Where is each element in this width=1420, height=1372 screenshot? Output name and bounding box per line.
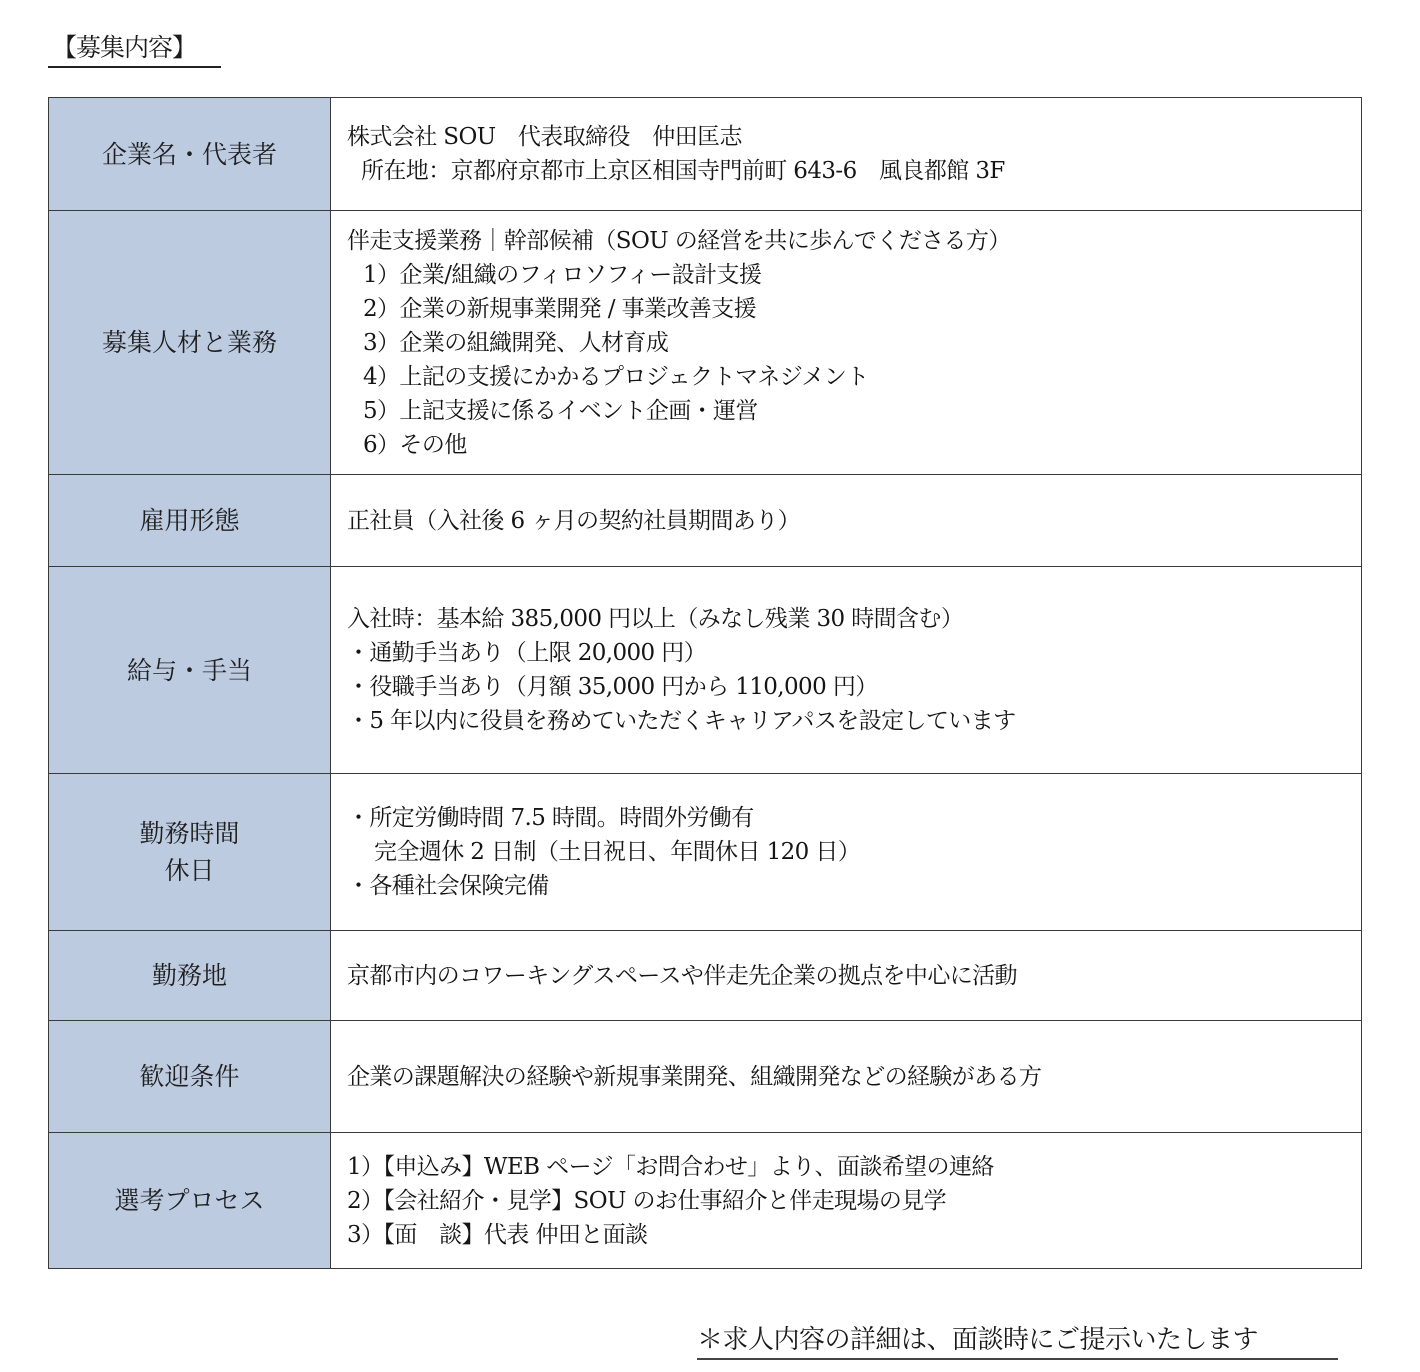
company-address-line: 所在地：京都府京都市上京区相国寺門前町 643-6 風良都館 3F bbox=[347, 154, 1361, 188]
row-location: 勤務地 京都市内のコワーキングスペースや伴走先企業の拠点を中心に活動 bbox=[49, 931, 1362, 1021]
row-employment-type: 雇用形態 正社員（入社後 6 ヶ月の契約社員期間あり） bbox=[49, 475, 1362, 567]
row-content-location: 京都市内のコワーキングスペースや伴走先企業の拠点を中心に活動 bbox=[331, 931, 1362, 1021]
label-line: 休日 bbox=[49, 852, 330, 889]
duty-item: 4）上記の支援にかかるプロジェクトマネジメント bbox=[347, 360, 1361, 394]
row-content-salary: 入社時：基本給 385,000 円以上（みなし残業 30 時間含む） ・通勤手当… bbox=[331, 567, 1362, 774]
section-title: 【募集内容】 bbox=[48, 30, 221, 68]
allowance-item: ・役職手当あり（月額 35,000 円から 110,000 円） bbox=[347, 670, 1361, 704]
row-label-company: 企業名・代表者 bbox=[49, 98, 331, 211]
process-step: 3）【面 談】代表 仲田と面談 bbox=[347, 1218, 1361, 1252]
row-company: 企業名・代表者 株式会社 SOU 代表取締役 仲田匡志 所在地：京都府京都市上京… bbox=[49, 98, 1362, 211]
row-preferred: 歓迎条件 企業の課題解決の経験や新規事業開発、組織開発などの経験がある方 bbox=[49, 1021, 1362, 1133]
row-content-employment-type: 正社員（入社後 6 ヶ月の契約社員期間あり） bbox=[331, 475, 1362, 567]
insurance-line: ・各種社会保険完備 bbox=[347, 869, 1361, 903]
row-hours-holidays: 勤務時間 休日 ・所定労働時間 7.5 時間。時間外労働有 完全週休 2 日制（… bbox=[49, 774, 1362, 931]
row-label-salary: 給与・手当 bbox=[49, 567, 331, 774]
recruitment-table: 企業名・代表者 株式会社 SOU 代表取締役 仲田匡志 所在地：京都府京都市上京… bbox=[48, 97, 1362, 1269]
row-content-positions: 伴走支援業務｜幹部候補（SOU の経営を共に歩んでくださる方） 1）企業/組織の… bbox=[331, 211, 1362, 475]
row-content-selection-process: 1）【申込み】WEB ページ「お問合わせ」より、面談希望の連絡 2）【会社紹介・… bbox=[331, 1133, 1362, 1269]
duty-item: 6）その他 bbox=[347, 428, 1361, 462]
row-content-hours-holidays: ・所定労働時間 7.5 時間。時間外労働有 完全週休 2 日制（土日祝日、年間休… bbox=[331, 774, 1362, 931]
employment-type-line: 正社員（入社後 6 ヶ月の契約社員期間あり） bbox=[347, 504, 1361, 538]
career-path-line: ・5 年以内に役員を務めていただくキャリアパスを設定しています bbox=[347, 704, 1361, 738]
row-salary: 給与・手当 入社時：基本給 385,000 円以上（みなし残業 30 時間含む）… bbox=[49, 567, 1362, 774]
duty-item: 3）企業の組織開発、人材育成 bbox=[347, 326, 1361, 360]
preferred-line: 企業の課題解決の経験や新規事業開発、組織開発などの経験がある方 bbox=[347, 1060, 1361, 1094]
duty-item: 5）上記支援に係るイベント企画・運営 bbox=[347, 394, 1361, 428]
company-name-line: 株式会社 SOU 代表取締役 仲田匡志 bbox=[347, 120, 1361, 154]
location-line: 京都市内のコワーキングスペースや伴走先企業の拠点を中心に活動 bbox=[347, 959, 1361, 993]
base-salary-line: 入社時：基本給 385,000 円以上（みなし残業 30 時間含む） bbox=[347, 602, 1361, 636]
row-label-employment-type: 雇用形態 bbox=[49, 475, 331, 567]
duty-item: 1）企業/組織のフィロソフィー設計支援 bbox=[347, 258, 1361, 292]
row-label-positions: 募集人材と業務 bbox=[49, 211, 331, 475]
duty-item: 2）企業の新規事業開発 / 事業改善支援 bbox=[347, 292, 1361, 326]
label-line: 勤務時間 bbox=[49, 815, 330, 852]
row-content-preferred: 企業の課題解決の経験や新規事業開発、組織開発などの経験がある方 bbox=[331, 1021, 1362, 1133]
footnote: ＊求人内容の詳細は、面談時にご提示いたします bbox=[697, 1322, 1338, 1360]
row-label-location: 勤務地 bbox=[49, 931, 331, 1021]
process-step: 1）【申込み】WEB ページ「お問合わせ」より、面談希望の連絡 bbox=[347, 1150, 1361, 1184]
row-selection-process: 選考プロセス 1）【申込み】WEB ページ「お問合わせ」より、面談希望の連絡 2… bbox=[49, 1133, 1362, 1269]
process-step: 2）【会社紹介・見学】SOU のお仕事紹介と伴走現場の見学 bbox=[347, 1184, 1361, 1218]
row-label-hours-holidays: 勤務時間 休日 bbox=[49, 774, 331, 931]
working-hours-line: ・所定労働時間 7.5 時間。時間外労働有 bbox=[347, 801, 1361, 835]
row-content-company: 株式会社 SOU 代表取締役 仲田匡志 所在地：京都府京都市上京区相国寺門前町 … bbox=[331, 98, 1362, 211]
row-label-preferred: 歓迎条件 bbox=[49, 1021, 331, 1133]
row-positions: 募集人材と業務 伴走支援業務｜幹部候補（SOU の経営を共に歩んでくださる方） … bbox=[49, 211, 1362, 475]
position-title-line: 伴走支援業務｜幹部候補（SOU の経営を共に歩んでくださる方） bbox=[347, 224, 1361, 258]
allowance-item: ・通勤手当あり（上限 20,000 円） bbox=[347, 636, 1361, 670]
holidays-line: 完全週休 2 日制（土日祝日、年間休日 120 日） bbox=[347, 835, 1361, 869]
row-label-selection-process: 選考プロセス bbox=[49, 1133, 331, 1269]
